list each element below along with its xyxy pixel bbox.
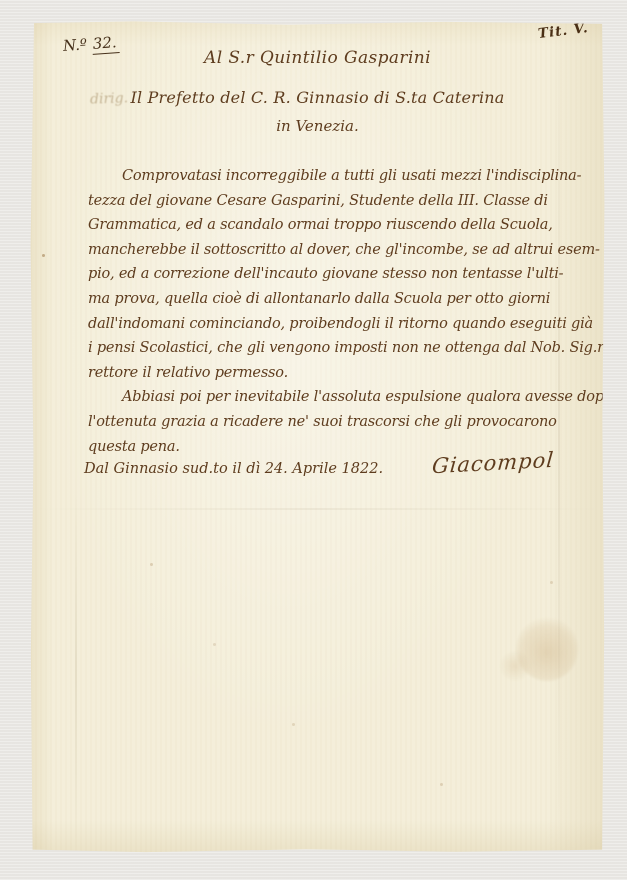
dateline: Dal Ginnasio sud.to il dì 24. Aprile 182…	[84, 461, 383, 477]
paper-speck	[440, 783, 443, 786]
body-line: rettore il relativo permesso.	[88, 361, 593, 386]
body-line: l'ottenuta grazia a ricadere ne' suoi tr…	[88, 410, 593, 435]
filing-mark: Tit. V.	[537, 20, 589, 42]
paper-speck	[150, 563, 153, 566]
paper-crease	[558, 21, 560, 853]
paper-crease	[75, 491, 77, 851]
paper-speck	[292, 723, 295, 726]
body-line: ma prova, quella cioè di allontanarlo da…	[88, 287, 593, 312]
sender-line: Il Prefetto del C. R. Ginnasio di S.ta C…	[30, 88, 605, 107]
paper-speck	[213, 643, 216, 646]
body-line: tezza del giovane Cesare Gasparini, Stud…	[88, 189, 593, 214]
body-line: pio, ed a correzione dell'incauto giovan…	[88, 262, 593, 287]
body-line: Abbiasi poi per inevitabile l'assoluta e…	[88, 385, 593, 410]
paper-crease	[30, 508, 605, 510]
paper-stain	[516, 617, 578, 681]
document-page: N.º 32. Tit. V. Al S.r Quintilio Gaspari…	[30, 21, 605, 853]
signature: Giacompol	[431, 448, 555, 479]
recipient-line: Al S.r Quintilio Gasparini	[30, 48, 605, 68]
paper-speck	[42, 254, 45, 257]
scanned-letter: { "document": { "archival_number": { "pr…	[0, 0, 627, 880]
place-line: in Venezia.	[30, 117, 605, 135]
body-line: Comprovatasi incorreggibile a tutti gli …	[88, 164, 593, 189]
paper-speck	[550, 581, 553, 584]
letter-body: Comprovatasi incorreggibile a tutti gli …	[88, 164, 593, 459]
body-line: i pensi Scolastici, che gli vengono impo…	[88, 336, 593, 361]
body-line: mancherebbe il sottoscritto al dover, ch…	[88, 238, 593, 263]
paper-stain	[498, 651, 532, 681]
body-line: dall'indomani cominciando, proibendogli …	[88, 312, 593, 337]
body-line: Grammatica, ed a scandalo ormai troppo r…	[88, 213, 593, 238]
